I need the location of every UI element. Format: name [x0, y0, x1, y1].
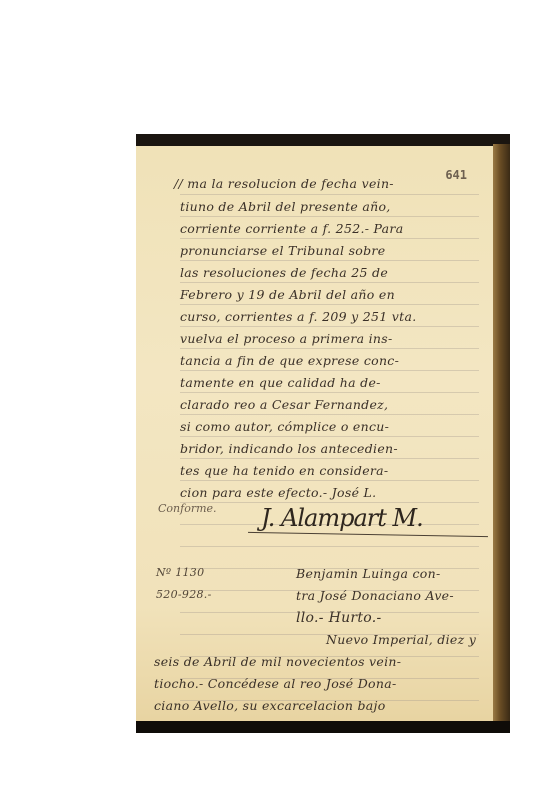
conforme-label: Conforme. [158, 502, 217, 515]
entry-heading-line: Benjamin Luinga con- [296, 566, 440, 581]
ruled-line [180, 436, 479, 437]
folio-number: 641 [445, 168, 467, 182]
scanned-page: 641 // ma la resolucion de fecha vein- t… [136, 134, 510, 733]
ruled-line [180, 194, 479, 195]
ruled-line [180, 326, 479, 327]
scan-bottom-edge [136, 721, 510, 733]
text-line: curso, corrientes a f. 209 y 251 vta. [180, 309, 417, 324]
entry-reference: 520-928.- [156, 588, 212, 601]
text-line: clarado reo a Cesar Fernandez, [180, 397, 388, 412]
text-line: tancia a fin de que exprese conc- [180, 353, 399, 368]
text-line: cion para este efecto.- José L. [180, 485, 376, 500]
ruled-line [180, 216, 479, 217]
ruled-line [180, 238, 479, 239]
ruled-line [180, 480, 479, 481]
ruled-line [180, 546, 479, 547]
text-line: ciano Avello, su excarcelacion bajo [154, 698, 386, 713]
entry-heading-line: tra José Donaciano Ave- [296, 588, 454, 603]
ruled-line [180, 348, 479, 349]
entry-number: Nº 1130 [156, 566, 204, 579]
ruled-line [180, 260, 479, 261]
ledger-paper: 641 // ma la resolucion de fecha vein- t… [136, 146, 493, 721]
text-line: las resoluciones de fecha 25 de [180, 265, 388, 280]
text-line: Febrero y 19 de Abril del año en [180, 287, 395, 302]
text-line: tiocho.- Concédese al reo José Dona- [154, 676, 397, 691]
text-line: si como autor, cómplice o encu- [180, 419, 389, 434]
text-line: tamente en que calidad ha de- [180, 375, 381, 390]
text-line: // ma la resolucion de fecha vein- [174, 176, 394, 191]
book-binding [493, 144, 510, 724]
signature-flourish [248, 532, 488, 537]
signature: J. Alampart M. [261, 504, 423, 532]
ruled-line [180, 392, 479, 393]
ruled-line [180, 502, 479, 503]
text-line: tes que ha tenido en considera- [180, 463, 388, 478]
ruled-line [180, 414, 479, 415]
ruled-line [180, 370, 479, 371]
text-line: Nuevo Imperial, diez y [326, 632, 476, 647]
ruled-line [180, 458, 479, 459]
text-line: bridor, indicando los antecedien- [180, 441, 398, 456]
text-line: vuelva el proceso a primera ins- [180, 331, 393, 346]
ruled-line [180, 304, 479, 305]
ruled-line [180, 282, 479, 283]
text-line: pronunciarse el Tribunal sobre [180, 243, 385, 258]
text-line: seis de Abril de mil novecientos vein- [154, 654, 401, 669]
text-line: corriente corriente a f. 252.- Para [180, 221, 403, 236]
text-line: tiuno de Abril del presente año, [180, 199, 391, 214]
entry-heading-line: llo.- Hurto.- [296, 610, 382, 626]
